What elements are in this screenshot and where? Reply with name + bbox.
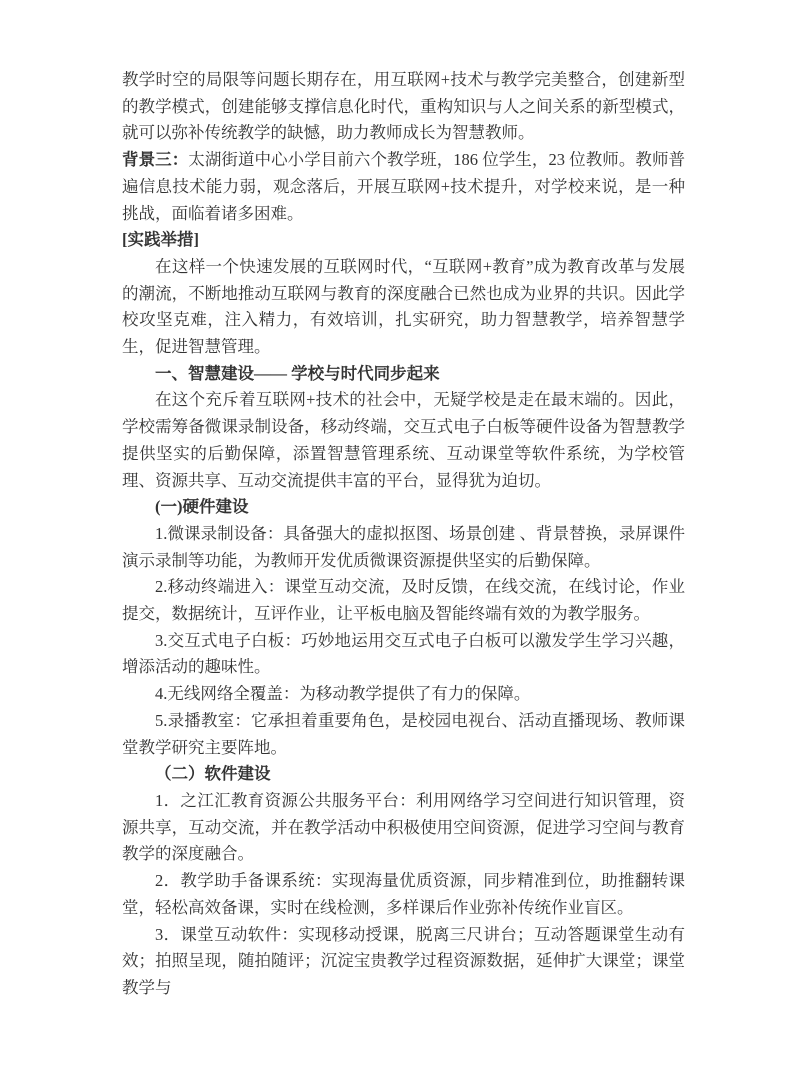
paragraph: 3.交互式电子白板：巧妙地运用交互式电子白板可以激发学生学习兴趣，增添活动的趣味… <box>122 628 685 681</box>
paragraph: 4.无线网络全覆盖：为移动教学提供了有力的保障。 <box>122 681 685 708</box>
paragraph: 5.录播教室：它承担着重要角色，是校园电视台、活动直播现场、教师课堂教学研究主要… <box>122 708 685 761</box>
paragraph: 1.微课录制设备：具备强大的虚拟抠图、场景创建 、背景替换，录屏课件演示录制等功… <box>122 521 685 574</box>
paragraph: 1．之江汇教育资源公共服务平台：利用网络学习空间进行知识管理，资源共享，互动交流… <box>122 788 685 868</box>
paragraph: 背景三：太湖街道中心小学目前六个教学班，186 位学生，23 位教师。教师普遍信… <box>122 147 685 227</box>
paragraph: 在这个充斥着互联网+技术的社会中，无疑学校是走在最末端的。因此，学校需筹备微课录… <box>122 387 685 494</box>
paragraph: 在这样一个快速发展的互联网时代，“互联网+教育”成为教育改革与发展的潮流，不断地… <box>122 254 685 361</box>
document-page: 教学时空的局限等问题长期存在，用互联网+技术与教学完美整合，创建新型的教学模式，… <box>0 0 800 1067</box>
heading-paragraph: 一、智慧建设—— 学校与时代同步起来 <box>122 361 685 388</box>
heading-paragraph: [实践举措] <box>122 227 685 254</box>
document-body: 教学时空的局限等问题长期存在，用互联网+技术与教学完美整合，创建新型的教学模式，… <box>122 67 685 1002</box>
paragraph: 2．教学助手备课系统：实现海量优质资源，同步精准到位，助推翻转课堂，轻松高效备课… <box>122 868 685 921</box>
heading-paragraph: （二）软件建设 <box>122 761 685 788</box>
paragraph: 3．课堂互动软件：实现移动授课，脱离三尺讲台；互动答题课堂生动有效；拍照呈现，随… <box>122 922 685 1002</box>
heading-paragraph: (一)硬件建设 <box>122 494 685 521</box>
paragraph-bold-prefix: 背景三： <box>122 150 188 169</box>
paragraph: 2.移动终端进入：课堂互动交流，及时反馈，在线交流，在线讨论，作业提交，数据统计… <box>122 574 685 627</box>
paragraph: 教学时空的局限等问题长期存在，用互联网+技术与教学完美整合，创建新型的教学模式，… <box>122 67 685 147</box>
